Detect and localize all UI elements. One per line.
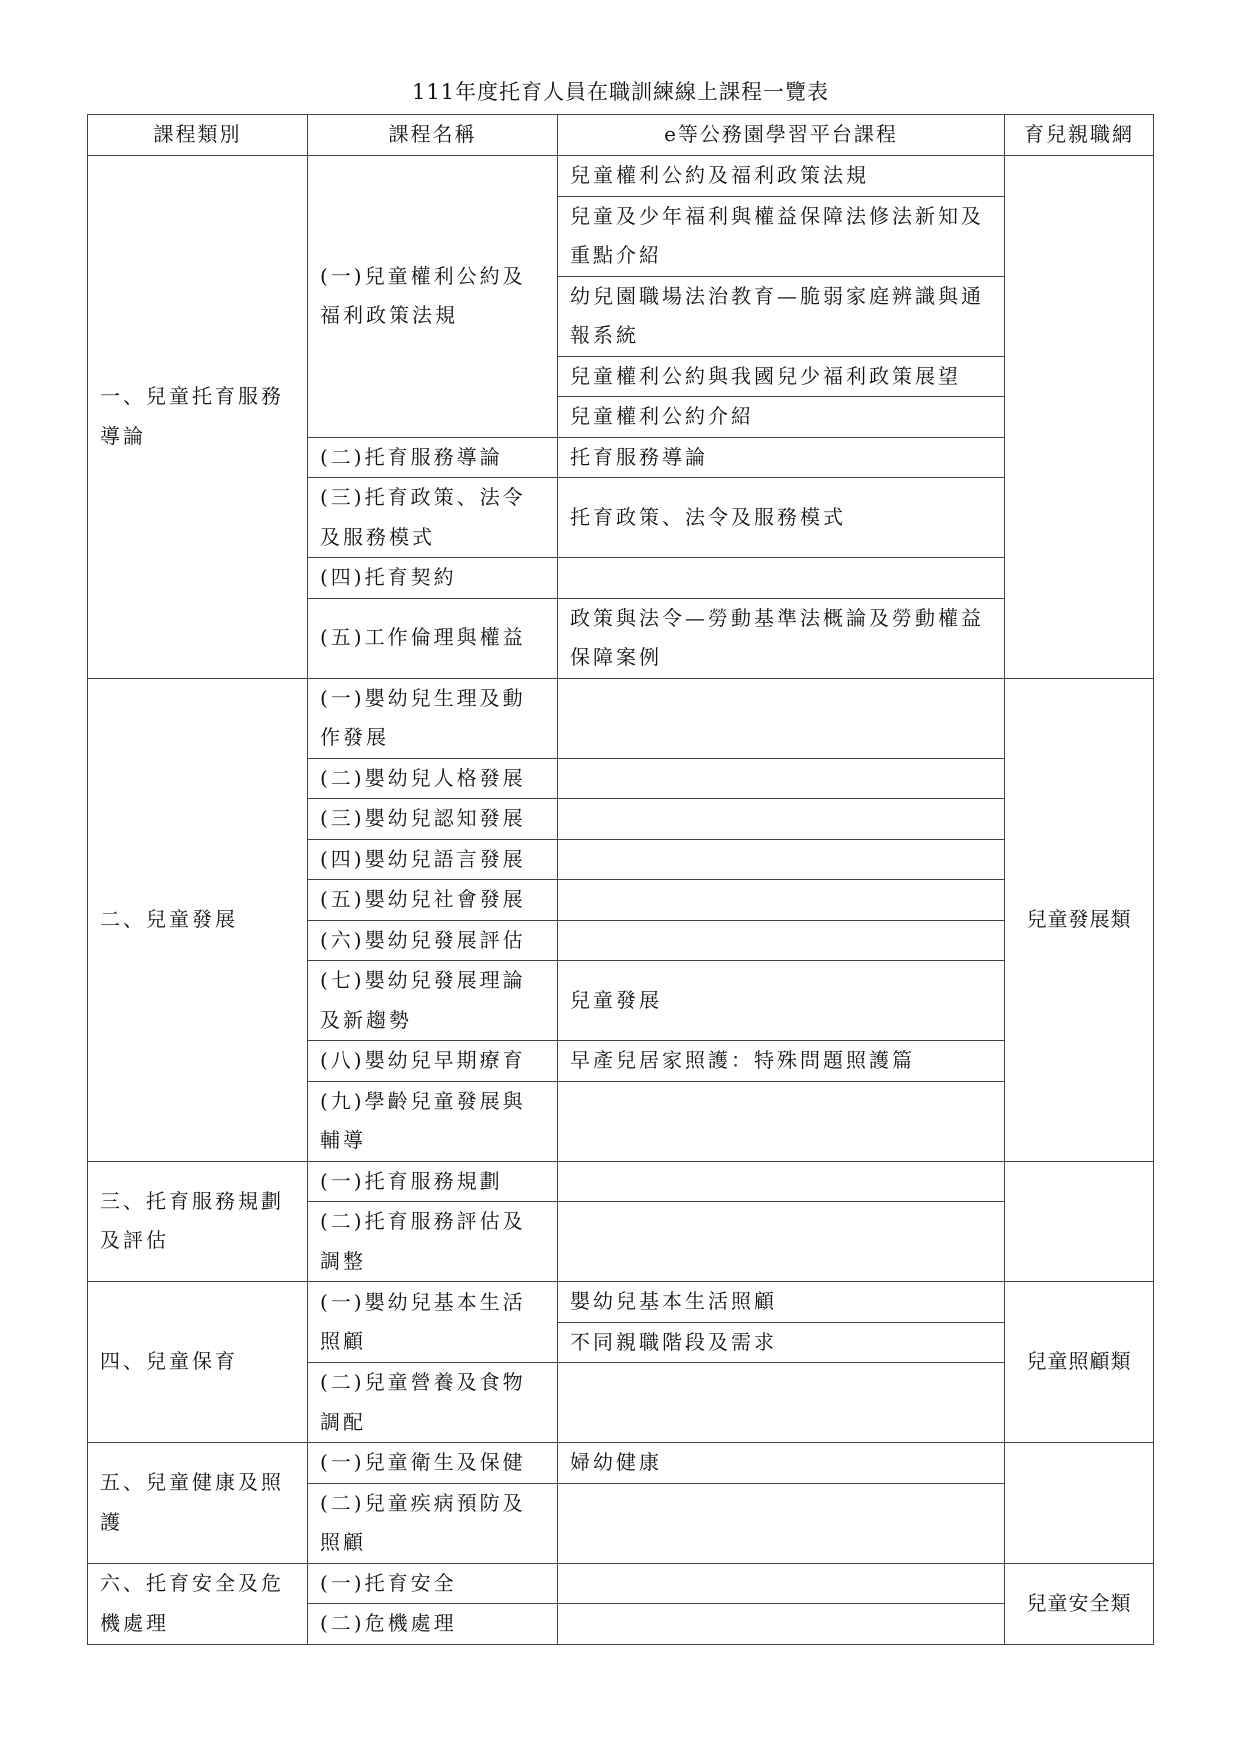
category-cell: 二、兒童發展 (88, 678, 308, 1161)
network-cell (1005, 1161, 1154, 1282)
platform-course-cell: 政策與法令—勞動基準法概論及勞動權益保障案例 (558, 598, 1005, 678)
category-cell: 三、托育服務規劃及評估 (88, 1161, 308, 1282)
header-platform-course: e等公務園學習平台課程 (558, 115, 1005, 156)
platform-course-cell (558, 558, 1005, 599)
platform-course-cell: 托育政策、法令及服務模式 (558, 478, 1005, 558)
table-row: 三、托育服務規劃及評估 (一)托育服務規劃 (88, 1161, 1154, 1202)
course-name-cell: (七)嬰幼兒發展理論及新趨勢 (308, 961, 558, 1041)
course-name-cell: (八)嬰幼兒早期療育 (308, 1041, 558, 1082)
table-header-row: 課程類別 課程名稱 e等公務園學習平台課程 育兒親職網 (88, 115, 1154, 156)
platform-course-cell: 托育服務導論 (558, 437, 1005, 478)
course-name-cell: (一)嬰幼兒基本生活照顧 (308, 1282, 558, 1363)
platform-course-cell (558, 1202, 1005, 1282)
header-category: 課程類別 (88, 115, 308, 156)
course-name-cell: (二)托育服務評估及調整 (308, 1202, 558, 1282)
course-name-cell: (六)嬰幼兒發展評估 (308, 920, 558, 961)
table-row: 四、兒童保育 (一)嬰幼兒基本生活照顧 嬰幼兒基本生活照顧 兒童照顧類 (88, 1282, 1154, 1323)
platform-course-cell (558, 1563, 1005, 1604)
platform-course-cell (558, 839, 1005, 880)
course-name-cell: (一)兒童衛生及保健 (308, 1443, 558, 1484)
course-name-cell: (四)嬰幼兒語言發展 (308, 839, 558, 880)
course-name-cell: (一)兒童權利公約及福利政策法規 (308, 156, 558, 438)
course-name-cell: (二)嬰幼兒人格發展 (308, 758, 558, 799)
platform-course-cell: 兒童權利公約介紹 (558, 397, 1005, 438)
category-cell: 一、兒童托育服務導論 (88, 156, 308, 679)
category-cell: 六、托育安全及危機處理 (88, 1563, 308, 1644)
course-name-cell: (四)托育契約 (308, 558, 558, 599)
platform-course-cell (558, 678, 1005, 758)
course-name-cell: (二)兒童疾病預防及照顧 (308, 1483, 558, 1563)
platform-course-cell (558, 880, 1005, 921)
header-course-name: 課程名稱 (308, 115, 558, 156)
network-cell: 兒童照顧類 (1005, 1282, 1154, 1443)
table-row: 五、兒童健康及照護 (一)兒童衛生及保健 婦幼健康 (88, 1443, 1154, 1484)
platform-course-cell: 幼兒園職場法治教育—脆弱家庭辨識與通報系統 (558, 276, 1005, 356)
course-name-cell: (三)托育政策、法令及服務模式 (308, 478, 558, 558)
course-name-cell: (二)托育服務導論 (308, 437, 558, 478)
platform-course-cell: 不同親職階段及需求 (558, 1322, 1005, 1363)
table-row: 六、托育安全及危機處理 (一)托育安全 兒童安全類 (88, 1563, 1154, 1604)
platform-course-cell (558, 920, 1005, 961)
platform-course-cell (558, 799, 1005, 840)
platform-course-cell: 兒童及少年福利與權益保障法修法新知及重點介紹 (558, 196, 1005, 276)
platform-course-cell (558, 1604, 1005, 1645)
platform-course-cell: 早產兒居家照護：特殊問題照護篇 (558, 1041, 1005, 1082)
network-cell (1005, 156, 1154, 679)
course-name-cell: (三)嬰幼兒認知發展 (308, 799, 558, 840)
header-parenting-network: 育兒親職網 (1005, 115, 1154, 156)
network-cell: 兒童發展類 (1005, 678, 1154, 1161)
platform-course-cell (558, 1363, 1005, 1443)
category-cell: 四、兒童保育 (88, 1282, 308, 1443)
platform-course-cell (558, 758, 1005, 799)
platform-course-cell: 兒童權利公約及福利政策法規 (558, 156, 1005, 197)
course-name-cell: (一)托育服務規劃 (308, 1161, 558, 1202)
platform-course-cell: 兒童權利公約與我國兒少福利政策展望 (558, 356, 1005, 397)
table-row: 二、兒童發展 (一)嬰幼兒生理及動作發展 兒童發展類 (88, 678, 1154, 758)
course-name-cell: (五)工作倫理與權益 (308, 598, 558, 678)
course-name-cell: (一)托育安全 (308, 1563, 558, 1604)
category-cell: 五、兒童健康及照護 (88, 1443, 308, 1564)
platform-course-cell: 嬰幼兒基本生活照顧 (558, 1282, 1005, 1323)
platform-course-cell (558, 1161, 1005, 1202)
platform-course-cell: 婦幼健康 (558, 1443, 1005, 1484)
platform-course-cell (558, 1081, 1005, 1161)
course-name-cell: (九)學齡兒童發展與輔導 (308, 1081, 558, 1161)
table-row: 一、兒童托育服務導論 (一)兒童權利公約及福利政策法規 兒童權利公約及福利政策法… (88, 156, 1154, 197)
course-name-cell: (五)嬰幼兒社會發展 (308, 880, 558, 921)
network-cell (1005, 1443, 1154, 1564)
course-name-cell: (二)兒童營養及食物調配 (308, 1363, 558, 1443)
page-title: 111年度托育人員在職訓練線上課程一覽表 (0, 76, 1241, 106)
course-name-cell: (一)嬰幼兒生理及動作發展 (308, 678, 558, 758)
platform-course-cell (558, 1483, 1005, 1563)
course-name-cell: (二)危機處理 (308, 1604, 558, 1645)
course-table: 課程類別 課程名稱 e等公務園學習平台課程 育兒親職網 一、兒童托育服務導論 (… (87, 114, 1154, 1645)
network-cell: 兒童安全類 (1005, 1563, 1154, 1644)
platform-course-cell: 兒童發展 (558, 961, 1005, 1041)
